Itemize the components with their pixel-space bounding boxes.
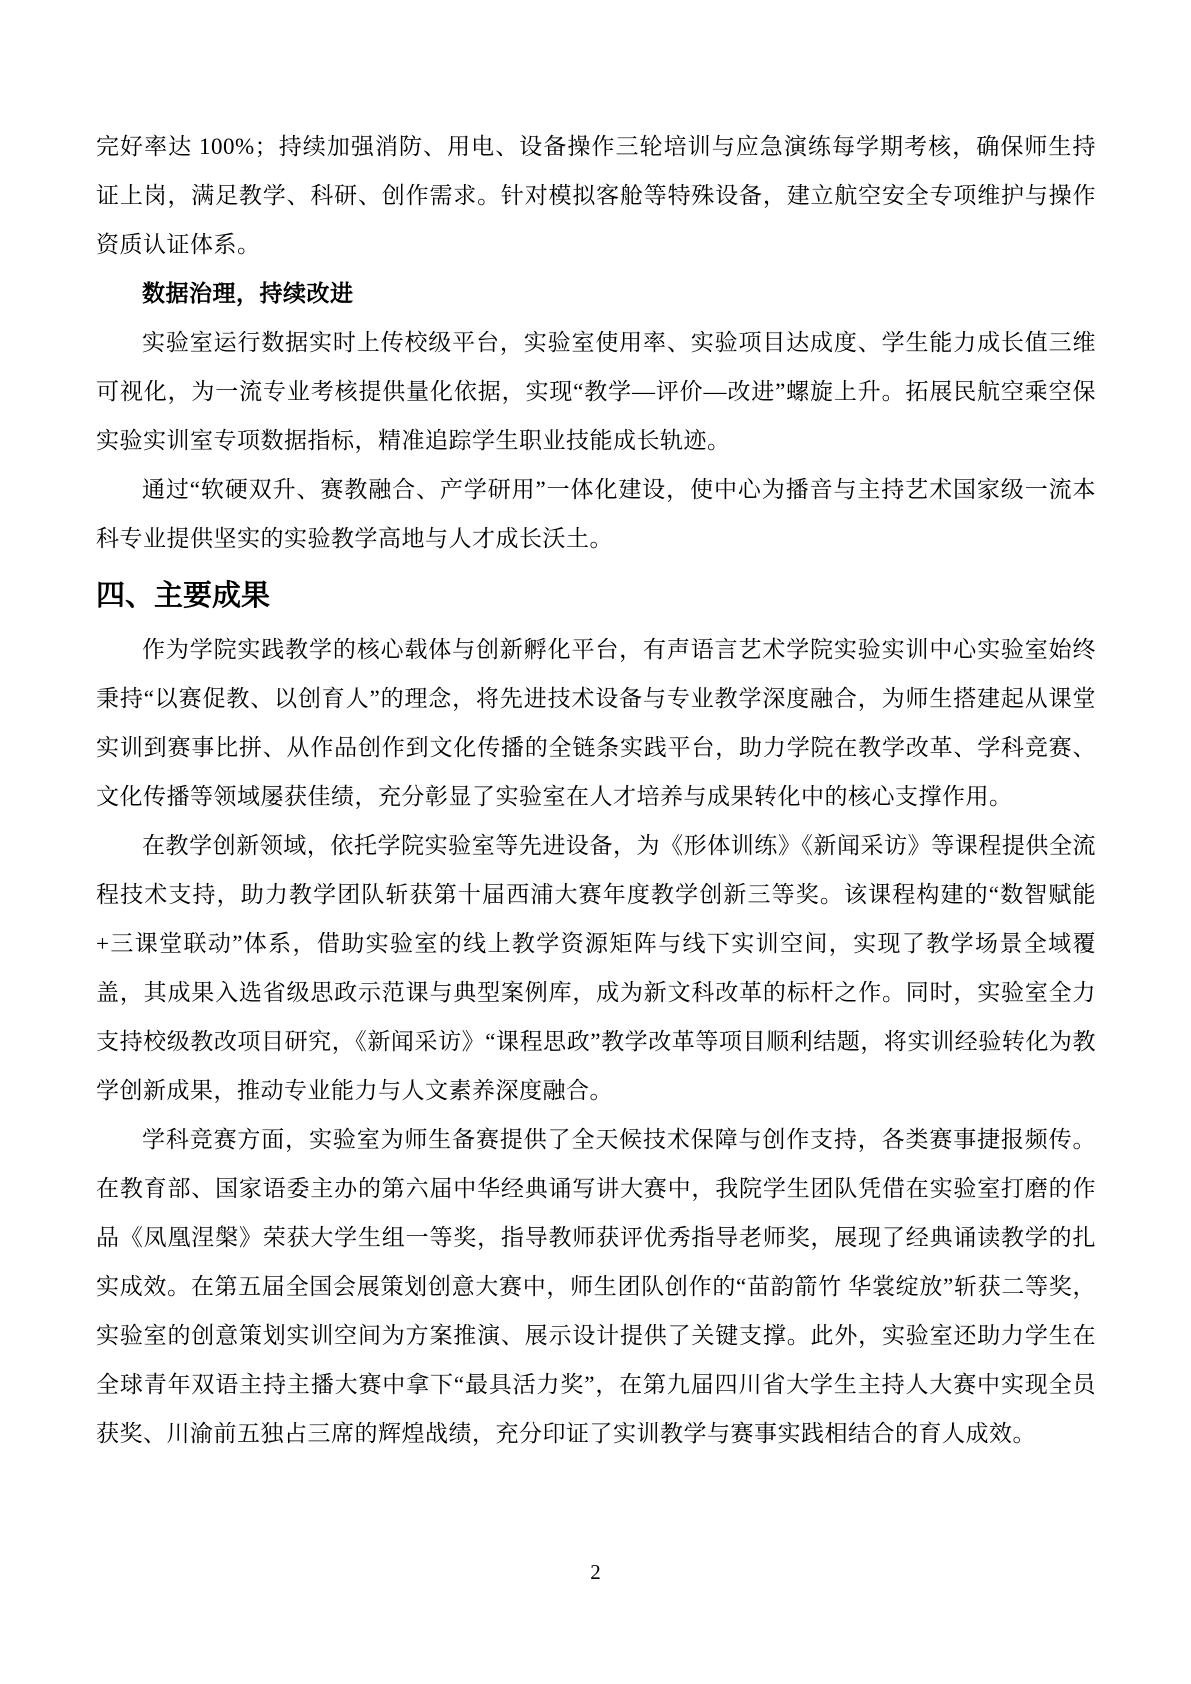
body-paragraph: 学科竞赛方面，实验室为师生备赛提供了全天候技术保障与创作支持，各类赛事捷报频传。… bbox=[96, 1115, 1096, 1458]
body-paragraph: 实验室运行数据实时上传校级平台，实验室使用率、实验项目达成度、学生能力成长值三维… bbox=[96, 318, 1096, 465]
document-content: 完好率达 100%；持续加强消防、用电、设备操作三轮培训与应急演练每学期考核，确… bbox=[96, 122, 1096, 1458]
body-paragraph: 作为学院实践教学的核心载体与创新孵化平台，有声语言艺术学院实验实训中心实验室始终… bbox=[96, 625, 1096, 821]
subsection-heading-data-governance: 数据治理，持续改进 bbox=[96, 269, 1096, 318]
body-paragraph: 通过“软硬双升、赛教融合、产学研用”一体化建设，使中心为播音与主持艺术国家级一流… bbox=[96, 465, 1096, 563]
section-heading-main-achievements: 四、主要成果 bbox=[96, 575, 1096, 617]
page-number: 2 bbox=[0, 1558, 1191, 1586]
body-paragraph: 在教学创新领域，依托学院实验室等先进设备，为《形体训练》《新闻采访》等课程提供全… bbox=[96, 821, 1096, 1115]
document-page: 完好率达 100%；持续加强消防、用电、设备操作三轮培训与应急演练每学期考核，确… bbox=[0, 0, 1191, 1684]
continuation-paragraph: 完好率达 100%；持续加强消防、用电、设备操作三轮培训与应急演练每学期考核，确… bbox=[96, 122, 1096, 269]
